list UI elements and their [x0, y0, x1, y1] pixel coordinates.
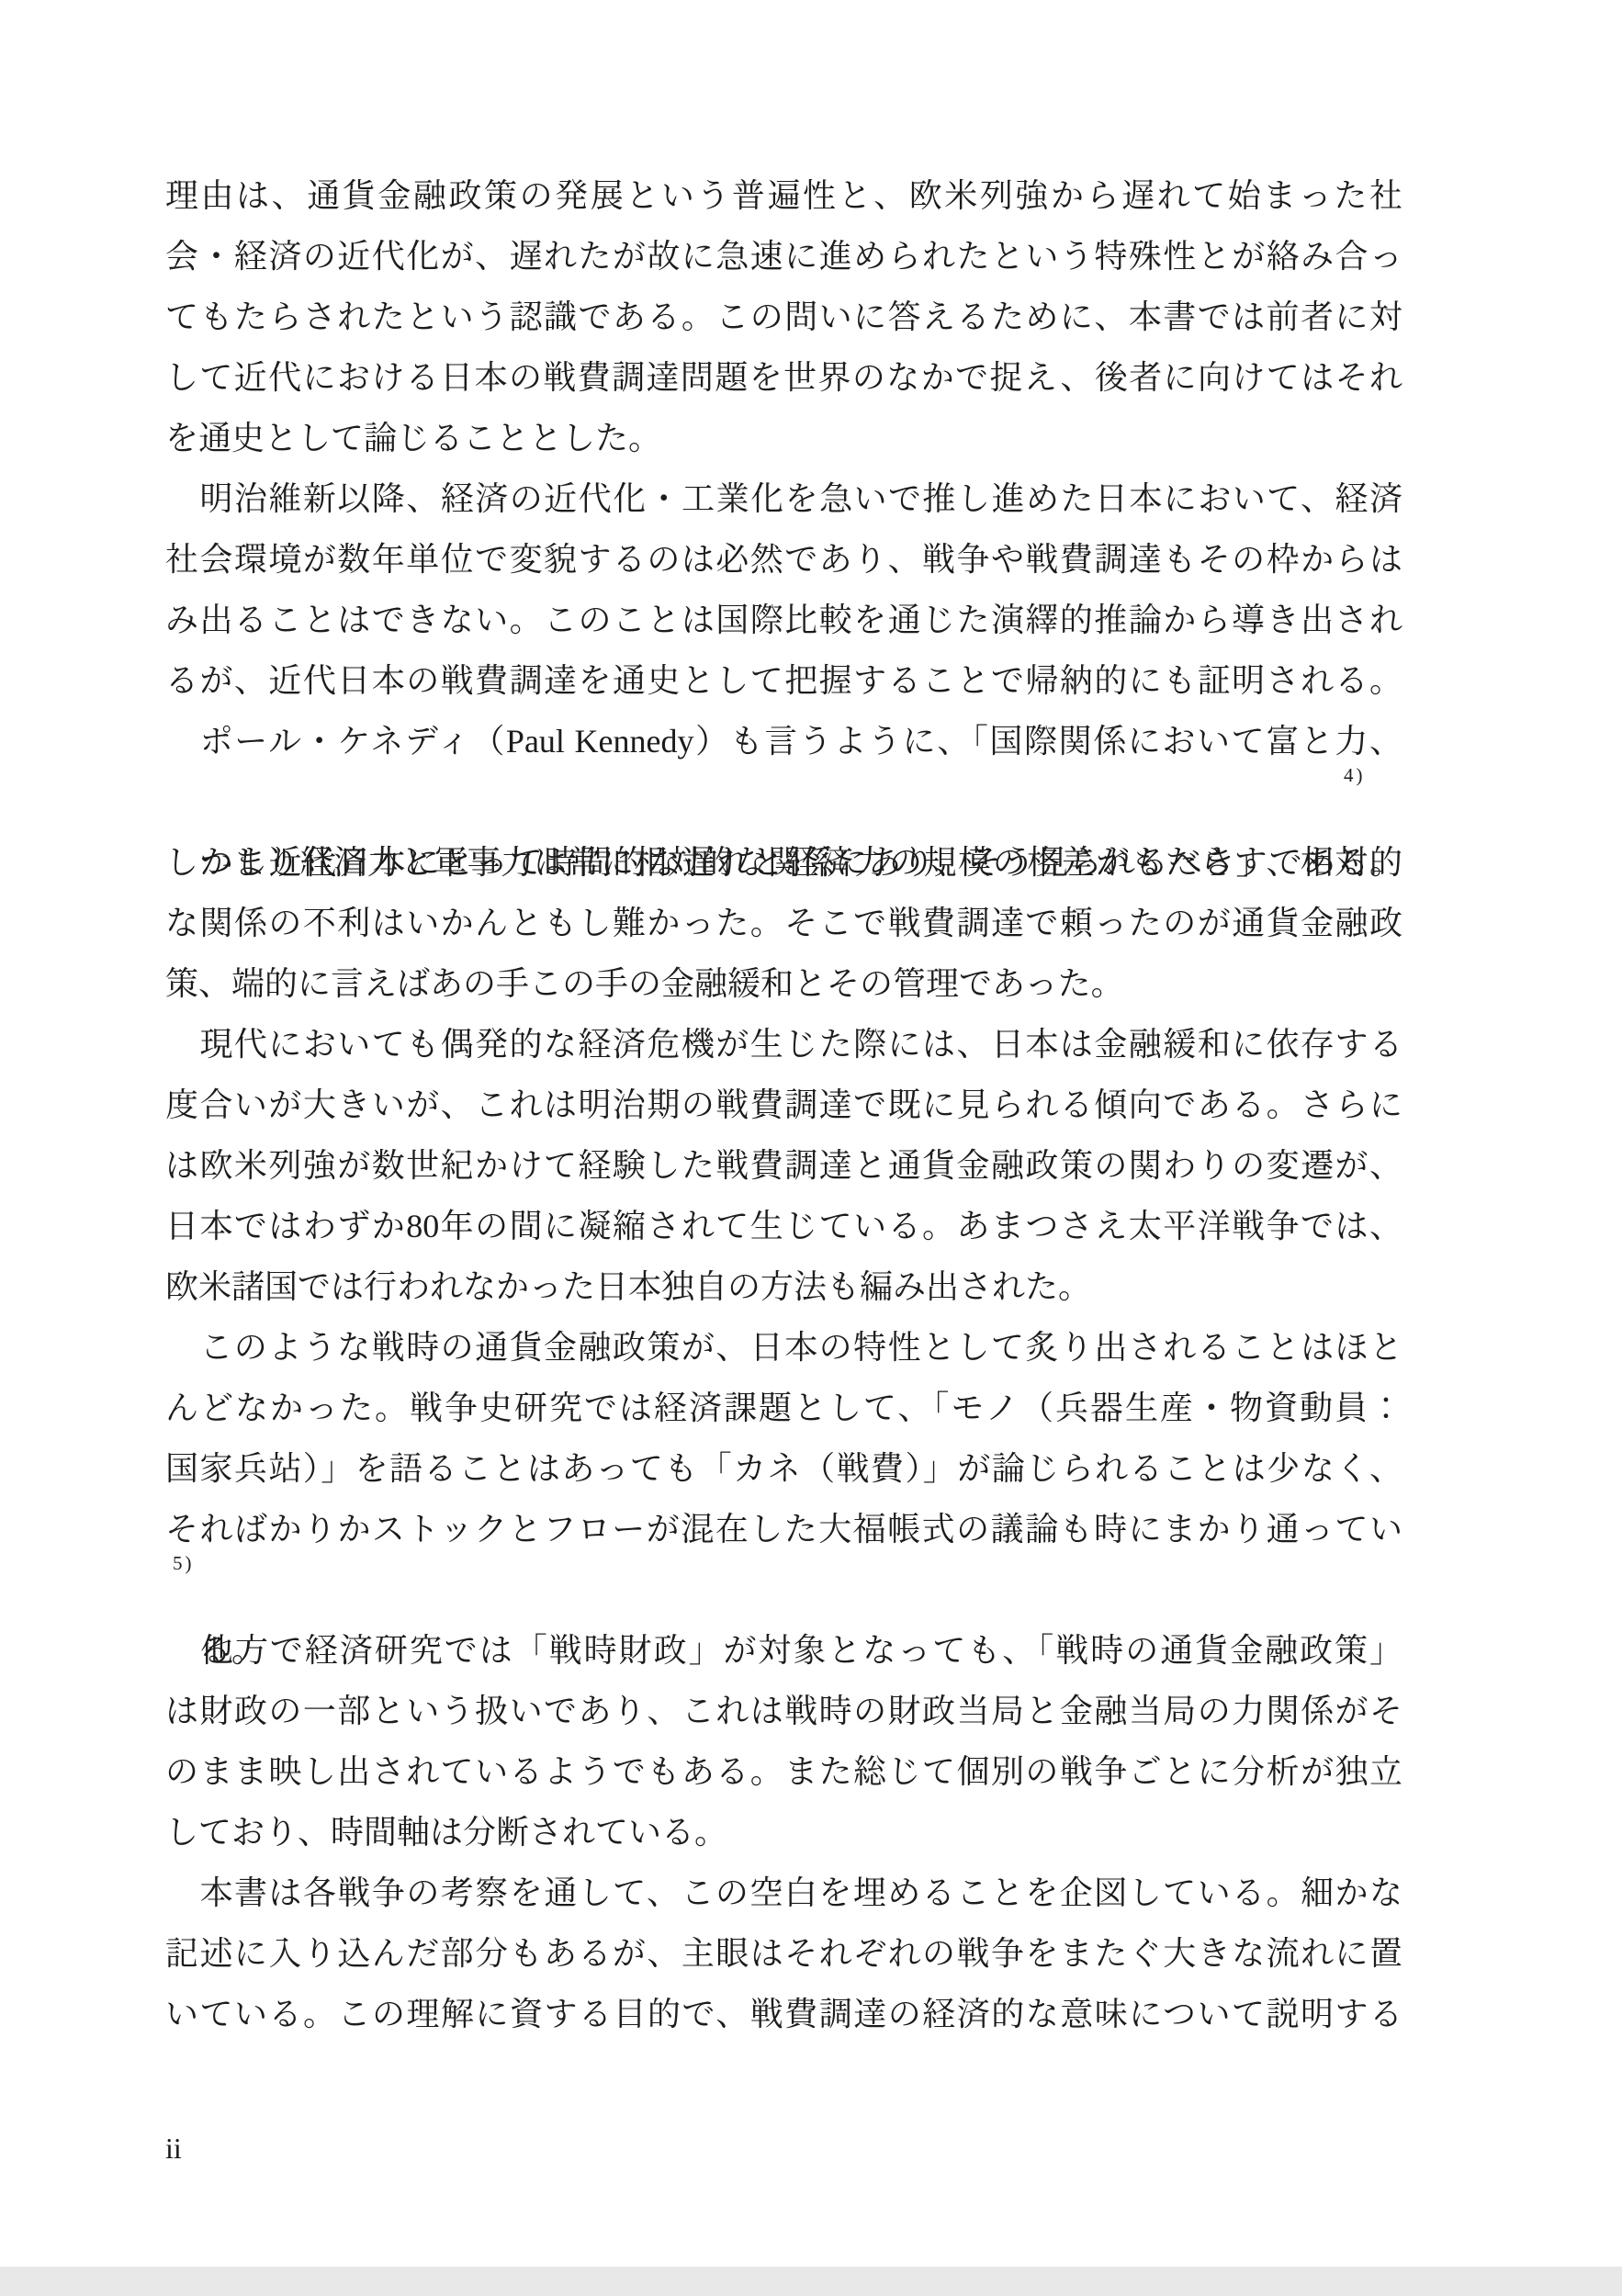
text-line: このような戦時の通貨金融政策が、日本の特性として炙り出されることはほと: [165, 1317, 1402, 1378]
text-line: 会・経済の近代化が、遅れたが故に急速に進められたという特殊性とが絡み合っ: [165, 226, 1402, 287]
text-line: 国家兵站）」を語ることはあっても「カネ（戦費）」が論じられることは少なく、: [165, 1438, 1402, 1499]
text-line: 明治維新以降、経済の近代化・工業化を急いで推し進めた日本において、経済: [165, 468, 1402, 529]
text-line: 策、端的に言えばあの手この手の金融緩和とその管理であった。: [165, 953, 1402, 1014]
text-line: は財政の一部という扱いであり、これは戦時の財政当局と金融当局の力関係がそ: [165, 1681, 1402, 1741]
text-line: そればかりかストックとフローが混在した大福帳式の議論も時にまかり通ってい: [165, 1499, 1402, 1559]
text-line: るが、近代日本の戦費調達を通史として把握することで帰納的にも証明される。: [165, 650, 1402, 711]
book-page: { "document": { "lines": [ "理由は、通貨金融政策の発…: [0, 0, 1622, 2296]
text-line: 他方で経済研究では「戦時財政」が対象となっても、「戦時の通貨金融政策」: [165, 1620, 1402, 1681]
text-line: 本書は各戦争の考察を通して、この空白を埋めることを企図している。細かな: [165, 1863, 1402, 1923]
text-line: しており、時間軸は分断されている。: [165, 1802, 1402, 1863]
page-bottom-strip: [0, 2267, 1622, 2296]
text-line: して近代における日本の戦費調達問題を世界のなかで捉え、後者に向けてはそれ: [165, 347, 1402, 408]
text-line: 日本ではわずか80年の間に凝縮されて生じている。あまつさえ太平洋戦争では、: [165, 1196, 1402, 1256]
text-line: 度合いが大きいが、これは明治期の戦費調達で既に見られる傾向である。さらに: [165, 1075, 1402, 1135]
text-line: 現代においても偶発的な経済危機が生じた際には、日本は金融緩和に依存する: [165, 1014, 1402, 1075]
text-line: ポール・ケネディ（Paul Kennedy）も言うように、「国際関係において富と…: [165, 711, 1402, 771]
text-line: み出ることはできない。このことは国際比較を通じた演繹的推論から導き出され: [165, 590, 1402, 650]
footnote-marker-5: 5): [173, 1554, 195, 1573]
page-body-text: 理由は、通貨金融政策の発展という普遍性と、欧米列強から遅れて始まった社 会・経済…: [165, 165, 1402, 2044]
text-line: 社会環境が数年単位で変貌するのは必然であり、戦争や戦費調達もその枠からは: [165, 529, 1402, 590]
text-line: てもたらされたという認識である。この問いに答えるために、本書では前者に対: [165, 287, 1402, 347]
text-line: のまま映し出されているようでもある。また総じて個別の戦争ごとに分析が独立: [165, 1741, 1402, 1802]
text-line: を通史として論じることとした。: [165, 408, 1402, 468]
text-line: 理由は、通貨金融政策の発展という普遍性と、欧米列強から遅れて始まった社: [165, 165, 1402, 226]
text-line: いている。この理解に資する目的で、戦費調達の経済的な意味について説明する: [165, 1984, 1402, 2044]
text-line: んどなかった。戦争史研究では経済課題として、「モノ（兵器生産・物資動員：: [165, 1378, 1402, 1438]
text-line: は欧米列強が数世紀かけて経験した戦費調達と通貨金融政策の関わりの変遷が、: [165, 1135, 1402, 1196]
text-line: 記述に入り込んだ部分もあるが、主眼はそれぞれの戦争をまたぐ大きな流れに置: [165, 1923, 1402, 1984]
text-line: 5)る。: [165, 1559, 1402, 1620]
footnote-marker-4: 4): [1344, 766, 1366, 785]
text-line: 4)つまり経済力と軍事力は常に相対的な関係にあり、そう見られるべき」である。: [165, 771, 1402, 832]
text-line: しかし近代日本にとって時間的な遅れと経済力の規模の格差がもたらす、相対的: [165, 832, 1402, 893]
text-line: な関係の不利はいかんともし難かった。そこで戦費調達で頼ったのが通貨金融政: [165, 893, 1402, 953]
text-line: 欧米諸国では行われなかった日本独自の方法も編み出された。: [165, 1256, 1402, 1317]
page-number: ii: [165, 2133, 182, 2165]
